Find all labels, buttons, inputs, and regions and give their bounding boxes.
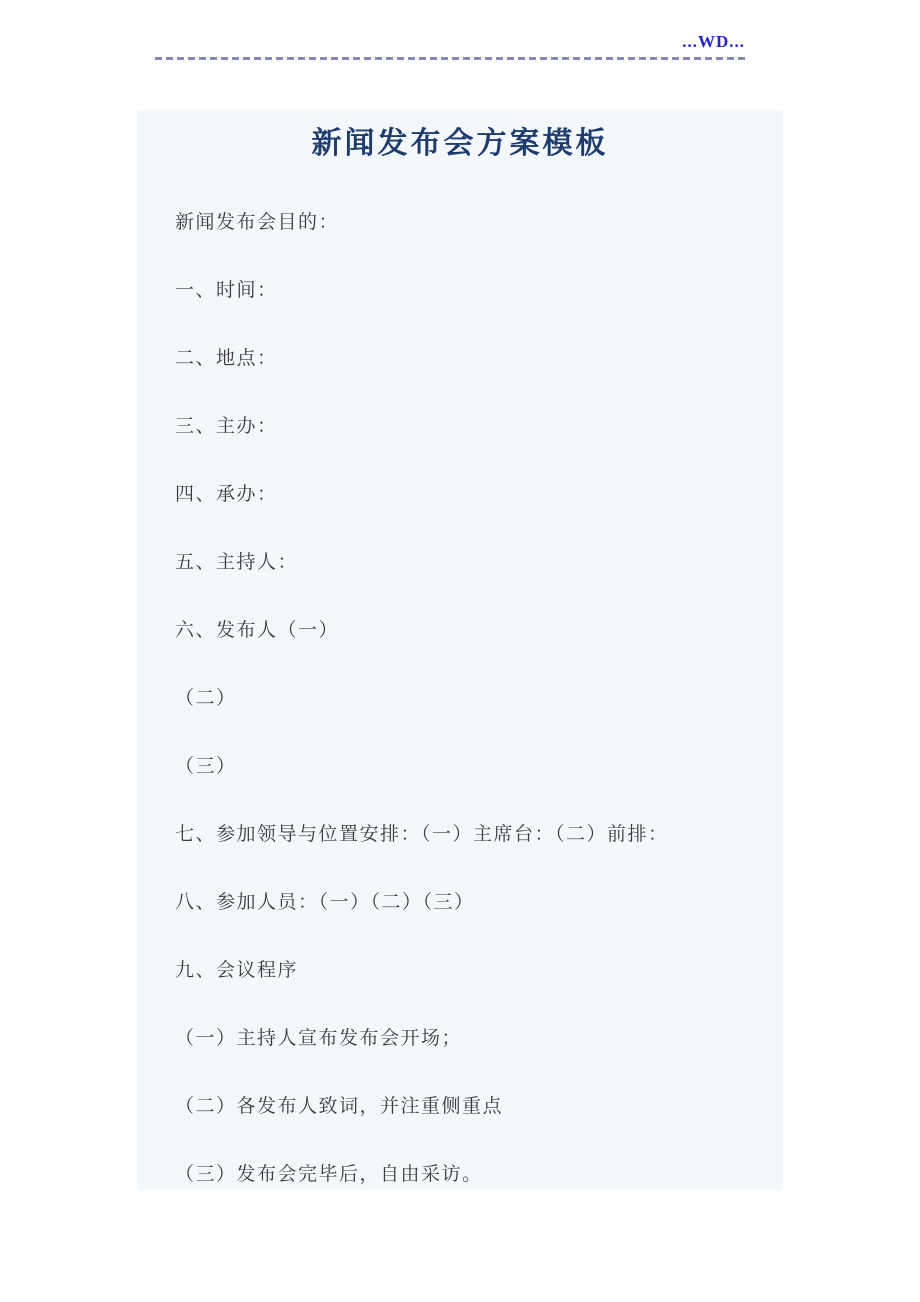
document-paragraph: 六、发布人（一）: [175, 620, 745, 642]
document-paragraph: 三、主办：: [175, 416, 745, 438]
page: ...WD... 新闻发布会方案模板 新闻发布会目的：一、时间：二、地点：三、主…: [0, 0, 920, 1302]
document-panel: 新闻发布会方案模板 新闻发布会目的：一、时间：二、地点：三、主办：四、承办：五、…: [137, 110, 783, 1190]
document-paragraph: 新闻发布会目的：: [175, 212, 745, 234]
document-paragraph: 四、承办：: [175, 484, 745, 506]
document-title: 新闻发布会方案模板: [175, 124, 745, 164]
watermark-text: ...WD...: [682, 30, 747, 54]
document-paragraph: 一、时间：: [175, 280, 745, 302]
document-paragraph: 二、地点：: [175, 348, 745, 370]
header-dashed-divider: [155, 57, 747, 60]
document-paragraph: 五、主持人：: [175, 552, 745, 574]
document-paragraph: （三）: [175, 756, 745, 778]
document-paragraph: 九、会议程序: [175, 960, 745, 982]
document-paragraph: 七、参加领导与位置安排：（一）主席台：（二）前排：: [175, 824, 745, 846]
page-header: ...WD...: [155, 30, 747, 60]
document-body: 新闻发布会目的：一、时间：二、地点：三、主办：四、承办：五、主持人：六、发布人（…: [175, 212, 745, 1186]
document-paragraph: （二）: [175, 688, 745, 710]
document-paragraph: （三）发布会完毕后，自由采访。: [175, 1164, 745, 1186]
document-paragraph: （二）各发布人致词，并注重侧重点: [175, 1096, 745, 1118]
document-paragraph: （一）主持人宣布发布会开场；: [175, 1028, 745, 1050]
document-paragraph: 八、参加人员：（一）（二）（三）: [175, 892, 745, 914]
